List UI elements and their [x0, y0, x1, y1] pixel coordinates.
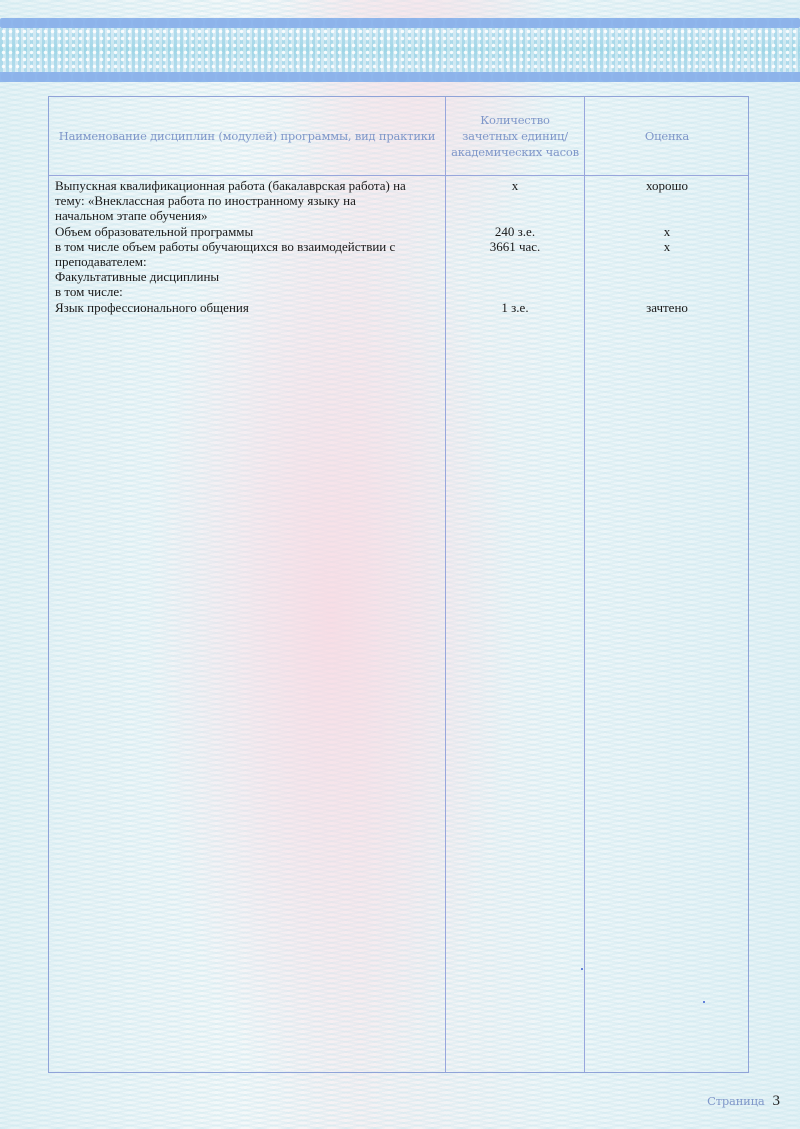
header-quantity-line: зачетных единиц/ — [451, 128, 579, 144]
table-row-quantity — [446, 284, 584, 299]
grade-column: хорошо х х зачтено — [585, 178, 749, 315]
table-row-name: Выпускная квалификационная работа (бакал… — [55, 178, 443, 193]
band-edge-bottom — [0, 72, 800, 82]
table-row-grade — [585, 284, 749, 299]
disciplines-table: Наименование дисциплин (модулей) програм… — [48, 96, 749, 1073]
table-row-quantity: 1 з.е. — [446, 300, 584, 315]
table-row-name: Язык профессионального общения — [55, 300, 443, 315]
page-number: 3 — [773, 1093, 781, 1110]
header-quantity: Количество зачетных единиц/ академически… — [446, 97, 584, 175]
table-row-grade: х — [585, 224, 749, 239]
table-row-name: тему: «Внеклассная работа по иностранном… — [55, 193, 443, 208]
table-row-quantity — [446, 269, 584, 284]
table-row-name: преподавателем: — [55, 254, 443, 269]
header-quantity-line: академических часов — [451, 144, 579, 160]
table-row-quantity: х — [446, 178, 584, 193]
header-grade: Оценка — [585, 97, 749, 175]
table-row-name: начальном этапе обучения» — [55, 208, 443, 223]
discipline-names-column: Выпускная квалификационная работа (бакал… — [55, 178, 443, 315]
table-row-grade: хорошо — [585, 178, 749, 193]
table-row-quantity: 3661 час. — [446, 239, 584, 254]
ink-speck — [581, 968, 583, 970]
table-row-name: Факультативные дисциплины — [55, 269, 443, 284]
header-quantity-line: Количество — [451, 112, 579, 128]
table-row-name: в том числе объем работы обучающихся во … — [55, 239, 443, 254]
header-discipline-name: Наименование дисциплин (модулей) програм… — [49, 97, 445, 175]
ink-speck — [703, 1001, 705, 1003]
header-grade-text: Оценка — [645, 128, 689, 144]
table-row-name: в том числе: — [55, 284, 443, 299]
table-row-grade: х — [585, 239, 749, 254]
band-edge-top — [0, 18, 800, 28]
page-footer: Страница 3 — [707, 1093, 780, 1110]
table-row-quantity: 240 з.е. — [446, 224, 584, 239]
table-row-grade: зачтено — [585, 300, 749, 315]
quantity-column: х 240 з.е. 3661 час. 1 з.е. — [446, 178, 584, 315]
page-label: Страница — [707, 1094, 764, 1108]
decorative-guilloche-border — [0, 18, 800, 82]
table-row-grade — [585, 269, 749, 284]
header-divider — [49, 175, 748, 176]
band-pattern — [0, 28, 800, 72]
table-row-name: Объем образовательной программы — [55, 224, 443, 239]
header-discipline-name-text: Наименование дисциплин (модулей) програм… — [59, 128, 436, 144]
